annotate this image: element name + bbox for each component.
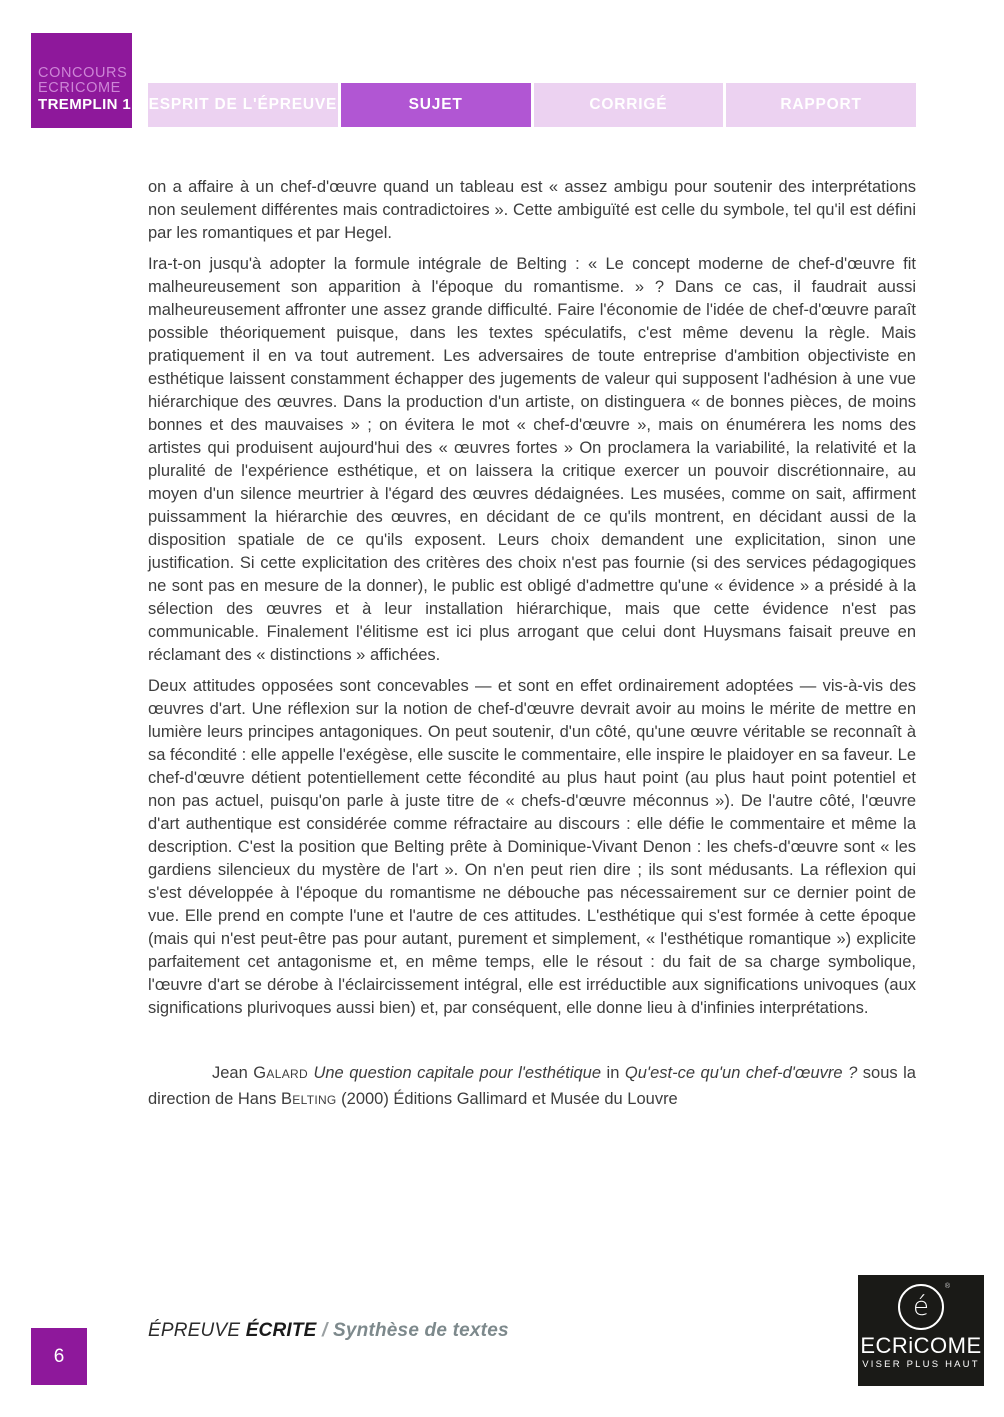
ecricome-emblem-icon: é ® — [898, 1284, 944, 1330]
paragraph-3: Deux attitudes opposées sont concevables… — [148, 675, 916, 1020]
ecricome-footer-logo: é ® ECRiCOME VISER PLUS HAUT — [858, 1275, 984, 1386]
document-page: CONCOURS ECRICOME TREMPLIN 1 ESPRIT DE L… — [0, 0, 1004, 1417]
logo-line-concours: CONCOURS — [38, 66, 132, 81]
trademark-icon: ® — [945, 1283, 950, 1290]
paragraph-1: on a affaire à un chef-d'œuvre quand un … — [148, 176, 916, 245]
paragraph-2: Ira-t-on jusqu'à adopter la formule inté… — [148, 253, 916, 667]
footer-epreuve: ÉPREUVE — [148, 1320, 246, 1341]
ecricome-e-glyph: é — [913, 1294, 929, 1320]
logo-line-tremplin: TREMPLIN 1 — [38, 97, 132, 112]
footer-ecrite: ÉCRITE — [246, 1320, 317, 1341]
concours-ecricome-logo: CONCOURS ECRICOME TREMPLIN 1 — [31, 33, 132, 128]
document-body: on a affaire à un chef-d'œuvre quand un … — [148, 176, 916, 1112]
footer-label: ÉPREUVE ÉCRITE / Synthèse de textes — [148, 1320, 509, 1342]
footer-synthese: Synthèse de textes — [333, 1320, 509, 1341]
tab-esprit-de-l-epreuve[interactable]: ESPRIT DE L'ÉPREUVE — [148, 83, 338, 127]
section-tabbar: ESPRIT DE L'ÉPREUVE SUJET CORRIGÉ RAPPOR… — [148, 83, 916, 127]
tab-sujet[interactable]: SUJET — [341, 83, 531, 127]
page-number: 6 — [54, 1346, 65, 1368]
footer-separator: / — [317, 1320, 333, 1341]
ecricome-tagline: VISER PLUS HAUT — [862, 1359, 979, 1370]
tab-rapport[interactable]: RAPPORT — [726, 83, 916, 127]
tab-corrige[interactable]: CORRIGÉ — [534, 83, 724, 127]
logo-line-ecricome: ECRICOME — [38, 81, 132, 96]
citation: Jean Galard Une question capitale pour l… — [148, 1060, 916, 1112]
ecricome-wordmark: ECRiCOME — [860, 1334, 981, 1357]
page-number-badge: 6 — [31, 1328, 87, 1385]
